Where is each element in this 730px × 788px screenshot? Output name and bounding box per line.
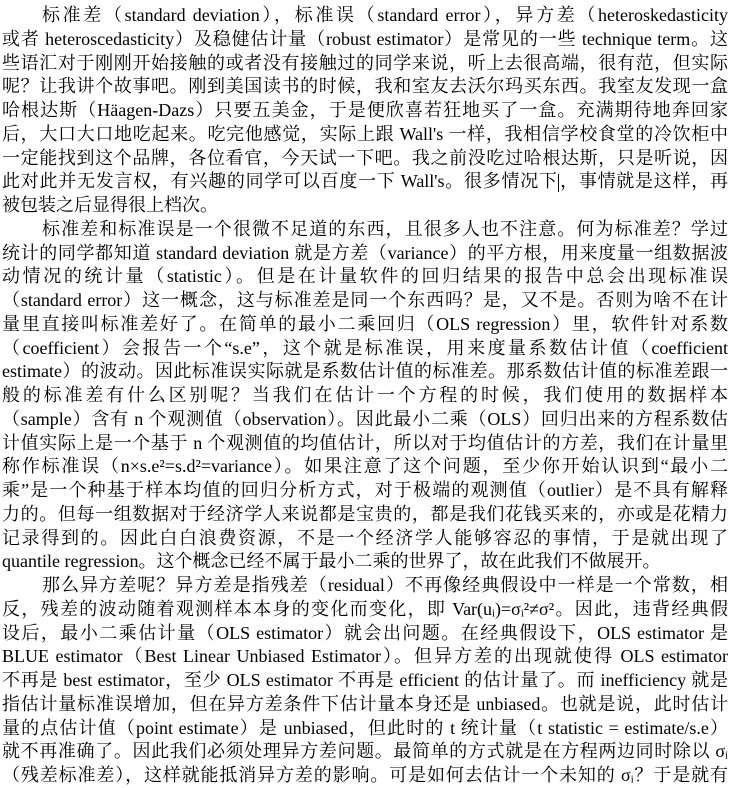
text-line: 力的。但每一组数据对于经济学人来说都是宝贵的，都是我们花钱买来的，亦或是花精力 bbox=[2, 503, 728, 527]
text-line: 那么异方差呢？异方差是指残差（residual）不再像经典假设中一样是一个常数，… bbox=[2, 574, 728, 598]
text-line: 量的点估计值（point estimate）是 unbiased，但此时的 t … bbox=[2, 717, 728, 741]
text-line: quantile regression。这个概念已经不属于最小二乘的世界了，故在… bbox=[2, 550, 728, 574]
text-line: 统计的同学都知道 standard deviation 就是方差（varianc… bbox=[2, 242, 728, 266]
text-line: 些语汇对于刚刚开始接触的或者没有接触过的同学来说，听上去很高端，很有范，但实际 bbox=[2, 52, 728, 76]
document-page[interactable]: 标准差（standard deviation），标准误（standard err… bbox=[0, 0, 730, 788]
text-line: （standard error）这一概念，这与标准差是同一个东西吗？是，又不是。… bbox=[2, 289, 728, 313]
text-line: 后，大口大口地吃起来。吃完他感觉，实际上跟 Wall's 一样，我相信学校食堂的… bbox=[2, 123, 728, 147]
text-line: 称作标准误（n×s.e²=s.d²=variance）。如果注意了这个问题，至少… bbox=[2, 455, 728, 479]
text-line: 般的标准差有什么区别呢？当我们在估计一个方程的时候，我们使用的数据样本 bbox=[2, 384, 728, 408]
text-line: estimate）的波动。因此标准误实际就是系数估计值的标准差。那系数估计值的标… bbox=[2, 360, 728, 384]
paragraph-intro: 标准差（standard deviation），标准误（standard err… bbox=[2, 4, 728, 218]
text-line: 设后，最小二乘估计量（OLS estimator）就会出问题。在经典假设下，OL… bbox=[2, 622, 728, 646]
text-line: 就不再准确了。因此我们必须处理异方差问题。最简单的方式就是在方程两边同时除以 σ… bbox=[2, 740, 728, 764]
text-line: 哈根达斯（Häagen-Dazs）只要五美金，于是便欣喜若狂地买了一盒。充满期待… bbox=[2, 99, 728, 123]
text-line: 记录得到的。因此白白浪费资源，不是一个经济学人能够容忍的事情，于是就出现了 bbox=[2, 527, 728, 551]
text-line: 反，残差的波动随着观测样本本身的变化而变化，即 Var(uᵢ)=σᵢ²≠σ²。因… bbox=[2, 598, 728, 622]
text-line: 标准差和标准误是一个很微不足道的东西，且很多人也不注意。何为标准差？学过 bbox=[2, 218, 728, 242]
text-line: 呢？让我讲个故事吧。刚到美国读书的时候，我和室友去沃尔玛买东西。我室友发现一盒 bbox=[2, 75, 728, 99]
text-after-cursor: ，事情就是这样，再 bbox=[559, 171, 728, 191]
text-line: 不再是 best estimator，至少 OLS estimator 不再是 … bbox=[2, 669, 728, 693]
text-line: 标准差（standard deviation），标准误（standard err… bbox=[2, 4, 728, 28]
text-line: 指估计量标准误增加，但在异方差条件下估计量本身还是 unbiased。也就是说，… bbox=[2, 693, 728, 717]
paragraph-heteroskedasticity: 那么异方差呢？异方差是指残差（residual）不再像经典假设中一样是一个常数，… bbox=[2, 574, 728, 788]
text-line: 被包装之后显得很上档次。 bbox=[2, 194, 728, 218]
text-line: （残差标准差），这样就能抵消异方差的影响。可是如何去估计一个未知的 σᵢ？于是就… bbox=[2, 764, 728, 788]
text-line: BLUE estimator（Best Linear Unbiased Esti… bbox=[2, 645, 728, 669]
text-line: 动情况的统计量（statistic）。但是在计量软件的回归结果的报告中总会出现标… bbox=[2, 265, 728, 289]
paragraph-standard-error: 标准差和标准误是一个很微不足道的东西，且很多人也不注意。何为标准差？学过 统计的… bbox=[2, 218, 728, 574]
text-line-with-cursor: 此对此并无发言权，有兴趣的同学可以百度一下 Wall's。很多情况下，事情就是这… bbox=[2, 170, 728, 194]
text-line: 乘”是一个种基于样本均值的回归分析方式，对于极端的观测值（outlier）是不具… bbox=[2, 479, 728, 503]
text-line: （sample）含有 n 个观测值（observation）。因此最小二乘（OL… bbox=[2, 408, 728, 432]
text-line: 一定能找到这个品牌，各位看官，今天试一下吧。我之前没吃过哈根达斯，只是听说，因 bbox=[2, 147, 728, 171]
text-line: 计值实际上是一个基于 n 个观测值的均值估计，所以对于均值估计的方差，我们在计量… bbox=[2, 432, 728, 456]
text-before-cursor: 此对此并无发言权，有兴趣的同学可以百度一下 Wall's。很多情况下 bbox=[2, 171, 558, 191]
text-line: 或者 heteroscedasticity）及稳健估计量（robust esti… bbox=[2, 28, 728, 52]
text-line: （coefficient）会报告一个“s.e”，这个就是标准误，用来度量系数估计… bbox=[2, 337, 728, 361]
text-line: 量里直接叫标准差好了。在简单的最小二乘回归（OLS regression）里，软… bbox=[2, 313, 728, 337]
